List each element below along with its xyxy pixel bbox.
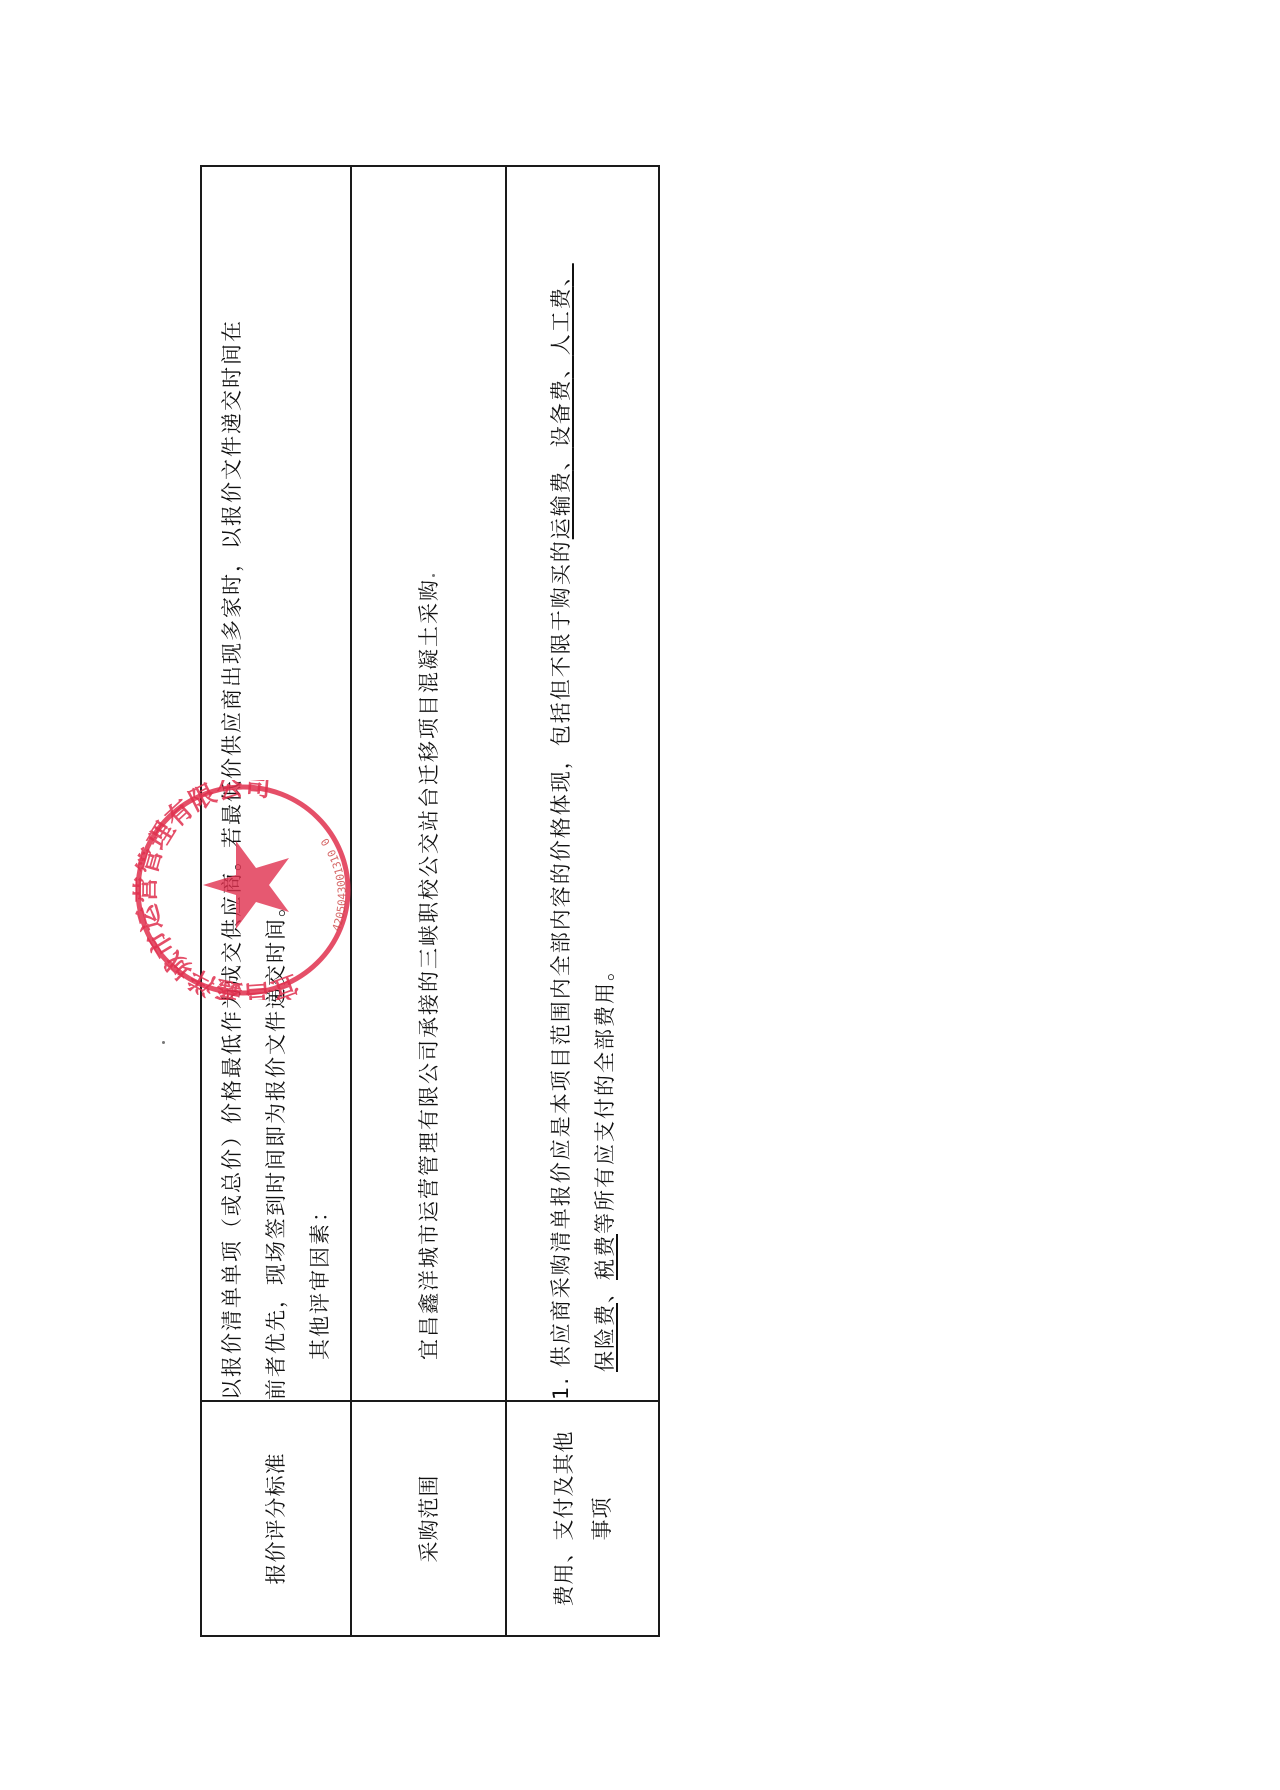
row-content-fees: 1. 供应商采购清单报价应是本项目范围内全部内容的价格体现，包括但不限于购买的运… <box>506 166 659 1401</box>
scoring-line-1: 以报价清单单项（或总价）价格最低作为成交供应商。若最低价供应商出现多家时，以报价… <box>210 167 254 1400</box>
fees-suffix: 等所有应支付的全部费用。 <box>593 958 617 1234</box>
procurement-table: 报价评分标准 以报价清单单项（或总价）价格最低作为成交供应商。若最低价供应商出现… <box>200 165 660 1637</box>
sep: 、 <box>593 1280 617 1303</box>
row-label-scoring: 报价评分标准 <box>201 1401 351 1636</box>
sep: 、 <box>549 447 573 470</box>
scoring-line-2: 前者优先，现场签到时间即为报价文件递交时间。 <box>254 167 298 1400</box>
fees-line-1: 1. 供应商采购清单报价应是本项目范围内全部内容的价格体现，包括但不限于购买的运… <box>539 167 583 1400</box>
cost-labor: 人工费 <box>549 286 573 355</box>
row-content-scope: 宜昌鑫洋城市运营管理有限公司承接的三峡职校公交站台迁移项目混凝土采购 <box>351 166 506 1401</box>
scan-speck <box>162 1041 165 1044</box>
fees-label-line-1: 费用、支付及其他 <box>545 1402 583 1635</box>
sep: 、 <box>549 355 573 378</box>
table-row-fees: 费用、支付及其他 事项 1. 供应商采购清单报价应是本项目范围内全部内容的价格体… <box>506 166 659 1636</box>
scoring-line-3: 其他评审因素： <box>298 167 342 1400</box>
cost-equipment: 设备费 <box>549 378 573 447</box>
cost-transport: 运输费 <box>549 470 573 539</box>
row-label-scope: 采购范围 <box>351 1401 506 1636</box>
scan-speck <box>432 574 435 577</box>
sep: 、 <box>549 263 573 286</box>
document-page: 报价评分标准 以报价清单单项（或总价）价格最低作为成交供应商。若最低价供应商出现… <box>200 165 658 1637</box>
fees-prefix: 1. 供应商采购清单报价应是本项目范围内全部内容的价格体现，包括但不限于购买的 <box>549 539 573 1400</box>
table-row-scoring: 报价评分标准 以报价清单单项（或总价）价格最低作为成交供应商。若最低价供应商出现… <box>201 166 351 1636</box>
scope-line: 宜昌鑫洋城市运营管理有限公司承接的三峡职校公交站台迁移项目混凝土采购 <box>407 167 451 1400</box>
cost-insurance: 保险费 <box>593 1303 617 1372</box>
fees-line-2: 保险费、税费等所有应支付的全部费用。 <box>583 167 627 1400</box>
table-row-scope: 采购范围 宜昌鑫洋城市运营管理有限公司承接的三峡职校公交站台迁移项目混凝土采购 <box>351 166 506 1636</box>
row-label-fees: 费用、支付及其他 事项 <box>506 1401 659 1636</box>
cost-tax: 税费 <box>593 1234 617 1280</box>
fees-label-line-2: 事项 <box>583 1402 621 1635</box>
row-content-scoring: 以报价清单单项（或总价）价格最低作为成交供应商。若最低价供应商出现多家时，以报价… <box>201 166 351 1401</box>
